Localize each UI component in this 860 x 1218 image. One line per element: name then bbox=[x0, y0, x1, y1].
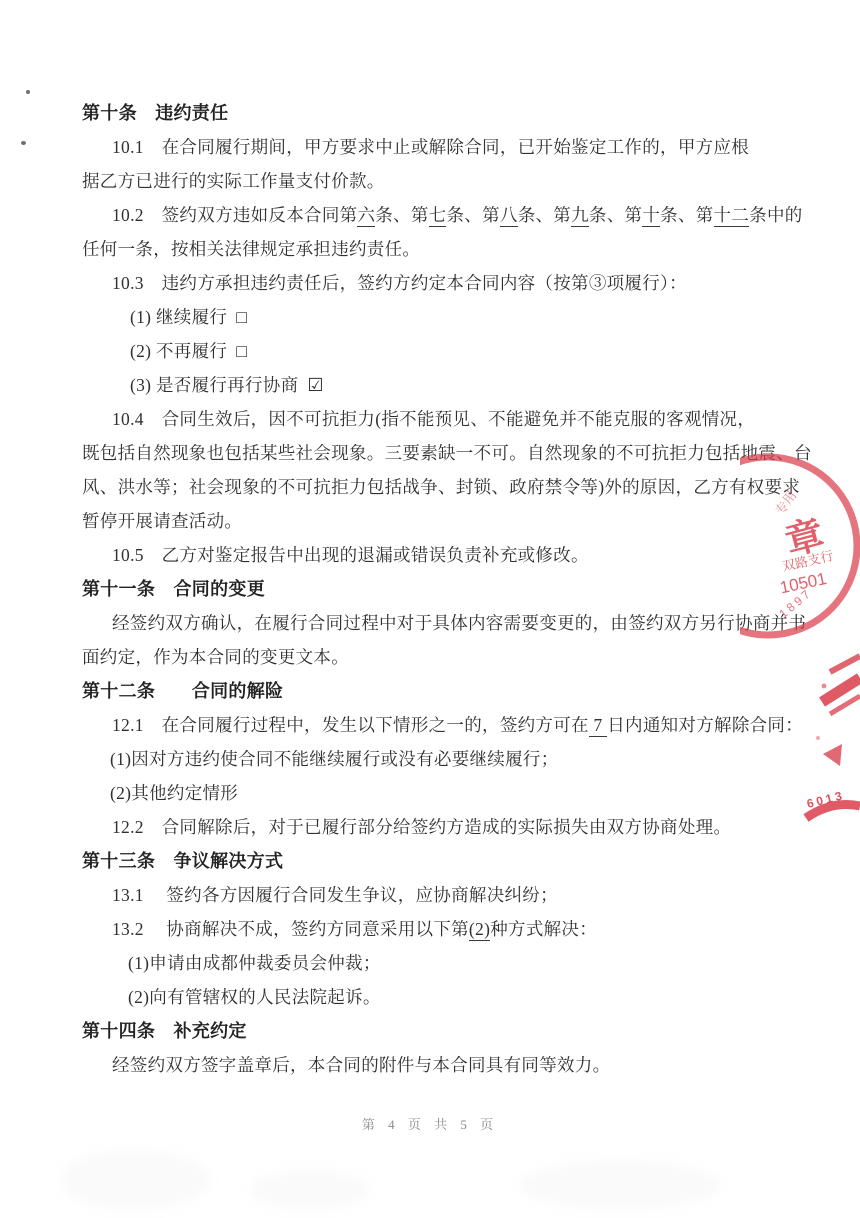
underlined-article-ref: 七 bbox=[429, 205, 447, 227]
seal-fragment-stroke bbox=[822, 678, 860, 702]
clause-10-4-line-4: 暂停开展请查活动。 bbox=[82, 504, 798, 538]
clause-13-2: 13.2 协商解决不成，签约方同意采用以下第(2)种方式解决： bbox=[82, 912, 798, 946]
scan-smudge bbox=[250, 1170, 370, 1210]
article-14-heading: 第十四条 补充约定 bbox=[82, 1014, 798, 1048]
option-label: (1) 继续履行 bbox=[130, 307, 227, 327]
seal-fragment-stroke bbox=[830, 696, 860, 714]
contract-body: 第十条 违约责任 10.1 在合同履行期间，甲方要求中止或解除合同，已开始鉴定工… bbox=[82, 96, 798, 1082]
underlined-article-ref: 十二 bbox=[714, 205, 750, 227]
option-continue-performance: (1) 继续履行□ bbox=[82, 300, 798, 334]
clause-12-1-item-1: (1)因对方违约使合同不能继续履行或没有必要继续履行； bbox=[82, 742, 798, 776]
underlined-method-choice: (2) bbox=[469, 919, 490, 941]
clause-10-4-line-3: 风、洪水等；社会现象的不可抗拒力包括战争、封锁、政府禁令等)外的原因，乙方有权要… bbox=[82, 470, 798, 504]
article-10-heading: 第十条 违约责任 bbox=[82, 96, 798, 130]
underlined-days-value: 7 bbox=[589, 715, 607, 737]
seal-fragment-arc bbox=[806, 805, 860, 819]
clause-10-1-line-2: 据乙方已进行的实际工作量支付价款。 bbox=[82, 164, 798, 198]
checkbox-unchecked-icon: □ bbox=[236, 307, 247, 327]
seal-fragment-dot bbox=[822, 684, 827, 689]
clause-10-2-text: 条、第 bbox=[375, 205, 428, 225]
scan-smudge bbox=[520, 1160, 720, 1210]
clause-13-2-item-2: (2)向有管辖权的人民法院起诉。 bbox=[82, 980, 798, 1014]
clause-10-2-line-2: 任何一条，按相关法律规定承担违约责任。 bbox=[82, 232, 798, 266]
seal-fragment-dot bbox=[816, 736, 820, 740]
scan-speck bbox=[26, 90, 30, 94]
clause-10-4-line-2: 既包括自然现象也包括某些社会现象。三要素缺一不可。自然现象的不可抗拒力包括地震、… bbox=[82, 436, 798, 470]
underlined-article-ref: 六 bbox=[357, 205, 375, 227]
clause-13-2-text: 13.2 协商解决不成，签约方同意采用以下第 bbox=[112, 919, 469, 939]
clause-10-3: 10.3 违约方承担违约责任后，签约方约定本合同内容（按第③项履行）： bbox=[82, 266, 798, 300]
clause-10-2-text: 条中的 bbox=[749, 205, 802, 225]
clause-10-2-text: 条、第 bbox=[589, 205, 642, 225]
scan-smudge bbox=[60, 1150, 210, 1210]
clause-11-line-2: 面约定，作为本合同的变更文本。 bbox=[82, 640, 798, 674]
article-13-heading: 第十三条 争议解决方式 bbox=[82, 844, 798, 878]
clause-12-2: 12.2 合同解除后，对于已履行部分给签约方造成的实际损失由双方协商处理。 bbox=[82, 810, 798, 844]
scanned-contract-page: 第十条 违约责任 10.1 在合同履行期间，甲方要求中止或解除合同，已开始鉴定工… bbox=[0, 0, 860, 1218]
clause-14-line-1: 经签约双方签字盖章后，本合同的附件与本合同具有同等效力。 bbox=[82, 1048, 798, 1082]
clause-10-2-line-1: 10.2 签约双方违如反本合同第六条、第七条、第八条、第九条、第十条、第十二条中… bbox=[82, 198, 798, 232]
clause-10-2-text: 条、第 bbox=[660, 205, 713, 225]
page-number: 第 4 页 共 5 页 bbox=[0, 1114, 860, 1133]
clause-12-1-text: 12.1 在合同履行过程中，发生以下情形之一的，签约方可在 bbox=[112, 715, 589, 735]
clause-10-4-line-1: 10.4 合同生效后，因不可抗拒力(指不能预见、不能避免并不能克服的客观情况， bbox=[82, 402, 798, 436]
clause-10-2-text: 条、第 bbox=[518, 205, 571, 225]
clause-11-line-1: 经签约双方确认，在履行合同过程中对于具体内容需要变更的，由签约双方另行协商并书 bbox=[82, 606, 798, 640]
clause-13-1: 13.1 签约各方因履行合同发生争议，应协商解决纠纷； bbox=[82, 878, 798, 912]
option-no-further-performance: (2) 不再履行□ bbox=[82, 334, 798, 368]
article-11-heading: 第十一条 合同的变更 bbox=[82, 572, 798, 606]
checkbox-checked-icon: ☑ bbox=[307, 375, 323, 395]
clause-12-1-item-2: (2)其他约定情形 bbox=[82, 776, 798, 810]
clause-12-1-text: 日内通知对方解除合同： bbox=[607, 715, 803, 735]
clause-12-1: 12.1 在合同履行过程中，发生以下情形之一的，签约方可在 7 日内通知对方解除… bbox=[82, 708, 798, 742]
article-12-heading: 第十二条 合同的解险 bbox=[82, 674, 798, 708]
underlined-article-ref: 八 bbox=[500, 205, 518, 227]
seal-fragment-triangle bbox=[823, 744, 842, 766]
option-label: (2) 不再履行 bbox=[130, 341, 227, 361]
seal-fragment-digits: 6013 bbox=[805, 788, 846, 811]
clause-10-5: 10.5 乙方对鉴定报告中出现的退漏或错误负责补充或修改。 bbox=[82, 538, 798, 572]
scan-speck bbox=[21, 141, 26, 145]
seal-fragment-stroke bbox=[830, 656, 860, 672]
underlined-article-ref: 九 bbox=[571, 205, 589, 227]
partial-seal-fragments: 6013 bbox=[790, 650, 860, 860]
clause-10-1-line-1: 10.1 在合同履行期间，甲方要求中止或解除合同，已开始鉴定工作的，甲方应根 bbox=[82, 130, 798, 164]
underlined-article-ref: 十 bbox=[642, 205, 660, 227]
clause-13-2-text: 种方式解决： bbox=[490, 919, 597, 939]
checkbox-unchecked-icon: □ bbox=[236, 341, 247, 361]
clause-10-2-text: 10.2 签约双方违如反本合同第 bbox=[112, 205, 357, 225]
option-renegotiate: (3) 是否履行再行协商☑ bbox=[82, 368, 798, 402]
option-label: (3) 是否履行再行协商 bbox=[130, 375, 298, 395]
clause-13-2-item-1: (1)申请由成都仲裁委员会仲裁； bbox=[82, 946, 798, 980]
clause-10-2-text: 条、第 bbox=[446, 205, 499, 225]
